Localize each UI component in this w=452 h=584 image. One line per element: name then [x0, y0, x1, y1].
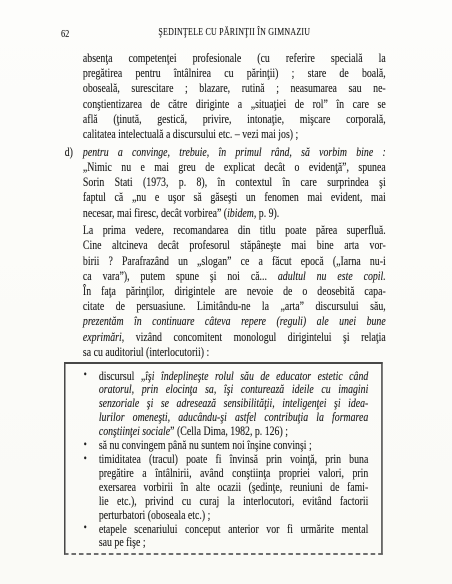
- text-segment: ca vara”), putem spune şi noi că...: [83, 268, 278, 283]
- body-text: absenţa competenţei profesionale (cu ref…: [83, 50, 386, 359]
- text-line: sa cu auditoriul (interlocutorii) :: [83, 344, 386, 359]
- italic-segment: lurilor omeneşti, aducându-şi astfel con…: [99, 409, 368, 424]
- text-line: ca vara”), putem spune şi noi că... adul…: [83, 268, 386, 283]
- text-line: „Nimic nu e mai greu de explicat decât o…: [83, 159, 386, 174]
- text-segment: pregătirea pentru întâlnirea cu părinţii…: [83, 65, 386, 80]
- page-number: 62: [61, 28, 69, 40]
- text-line: prezentăm în continuare câteva repere (r…: [83, 313, 386, 328]
- text-segment: „Nimic nu e mai greu de explicat decât o…: [83, 159, 386, 174]
- text-segment: pregătire a întâlnirii, având conştiinţa…: [99, 465, 368, 480]
- text-line: absenţa competenţei profesionale (cu ref…: [83, 50, 386, 65]
- text-segment: timiditatea (tracul) poate fi învinsă pr…: [99, 451, 368, 466]
- text-segment: , p. 9).: [254, 205, 279, 220]
- italic-segment: adultul nu este copil.: [278, 268, 386, 283]
- text-segment: conştientizarea de către diriginte a „si…: [83, 96, 386, 111]
- book-page: 62 ŞEDINŢELE CU PĂRINŢII ÎN GIMNAZIU abs…: [0, 0, 452, 584]
- text-segment: sa cu auditoriul (interlocutorii) :: [83, 344, 209, 359]
- bullet-icon: •: [84, 438, 87, 452]
- italic-segment: ibidem: [227, 205, 254, 220]
- text-line: pregătirea pentru întâlnirea cu părinţii…: [83, 65, 386, 80]
- text-line: află (ţinută, gestică, privire, intonaţi…: [83, 111, 386, 126]
- text-line: oratorul, prin elocinţa sa, îşi conturea…: [99, 382, 368, 396]
- text-segment: discursul „: [99, 368, 145, 383]
- chapter-title: ŞEDINŢELE CU PĂRINŢII ÎN GIMNAZIU: [158, 27, 310, 38]
- bullet-item: •etapele scenariului conceput anterior v…: [99, 522, 368, 550]
- italic-segment: senzoriale şi se adresează sensibilităţi…: [99, 395, 368, 410]
- bullet-icon: •: [84, 521, 87, 535]
- text-line: sau pe fişe ;: [99, 535, 368, 549]
- text-segment: faptul că „nu e uşor să găseşti un fenom…: [83, 189, 386, 204]
- page-column: 62 ŞEDINŢELE CU PĂRINŢII ÎN GIMNAZIU abs…: [64, 27, 383, 555]
- list-item-marker: d): [65, 144, 83, 159]
- text-line: etapele scenariului conceput anterior vo…: [99, 522, 368, 536]
- italic-segment: exprimări: [83, 329, 122, 344]
- text-line: necesar, mai firesc, decât vorbirea” (ib…: [83, 205, 386, 220]
- text-line: să nu convingem până nu suntem noi înşin…: [99, 438, 368, 452]
- paragraph: d)pentru a convinge, trebuie, în primul …: [83, 144, 386, 220]
- text-line: perturbatori (oboseala etc.) ;: [99, 508, 368, 522]
- text-line: lie etc.), privind cu curaj la interlocu…: [99, 494, 368, 508]
- paragraph: absenţa competenţei profesionale (cu ref…: [83, 50, 386, 141]
- text-line: discursul „îşi îndeplineşte rolul său de…: [99, 369, 368, 383]
- text-line: birii ? Parafrazând un „slogan” ce a făc…: [83, 253, 386, 268]
- italic-segment: oratorul, prin elocinţa sa, îşi conturea…: [99, 381, 368, 396]
- paragraph: La prima vedere, recomandarea din titlu …: [83, 222, 386, 359]
- text-segment: află (ţinută, gestică, privire, intonaţi…: [83, 111, 386, 126]
- italic-segment: conştiinţei sociale: [99, 423, 170, 438]
- text-line: În faţa părinţilor, dirigintele are nevo…: [83, 283, 386, 298]
- bullet-icon: •: [84, 368, 87, 382]
- running-header: 62 ŞEDINŢELE CU PĂRINŢII ÎN GIMNAZIU: [83, 27, 386, 39]
- text-segment: oboseală, surescitare ; blazare, rutină …: [83, 80, 386, 95]
- text-segment: lie etc.), privind cu curaj la interlocu…: [99, 493, 368, 508]
- text-line: timiditatea (tracul) poate fi învinsă pr…: [99, 452, 368, 466]
- text-line: Sorin Stati (1973, p. 8), în contextul î…: [83, 174, 386, 189]
- bullet-item: •să nu convingem până nu suntem noi înşi…: [99, 438, 368, 452]
- text-segment: să nu convingem până nu suntem noi înşin…: [99, 437, 312, 452]
- text-segment: La prima vedere, recomandarea din titlu …: [83, 222, 386, 237]
- text-segment: Sorin Stati (1973, p. 8), în contextul î…: [83, 174, 386, 189]
- text-line: senzoriale şi se adresează sensibilităţi…: [99, 396, 368, 410]
- text-line: exersarea vorbirii în alte ocazii (şedin…: [99, 480, 368, 494]
- text-line: exprimări, vizând concomitent monologul …: [83, 329, 386, 344]
- bullet-icon: •: [84, 452, 87, 466]
- text-line: conştiinţei sociale” (Cella Dima, 1982, …: [99, 424, 368, 438]
- text-line: conştientizarea de către diriginte a „si…: [83, 96, 386, 111]
- text-line: lurilor omeneşti, aducându-şi astfel con…: [99, 410, 368, 424]
- text-line: d)pentru a convinge, trebuie, în primul …: [83, 144, 386, 159]
- italic-segment: prezentăm în continuare câteva repere (r…: [83, 313, 386, 328]
- text-line: pregătire a întâlnirii, având conştiinţa…: [99, 466, 368, 480]
- text-line: citate de persuasiune. Limitându-ne la „…: [83, 298, 386, 313]
- italic-segment: îşi îndeplineşte rolul său de educator e…: [145, 368, 368, 383]
- text-segment: absenţa competenţei profesionale (cu ref…: [83, 50, 386, 65]
- text-segment: ” (Cella Dima, 1982, p. 126) ;: [170, 423, 288, 438]
- text-segment: sau pe fişe ;: [99, 534, 146, 549]
- text-segment: În faţa părinţilor, dirigintele are nevo…: [83, 283, 386, 298]
- text-segment: calitatea intelectuală a discursului etc…: [83, 126, 298, 141]
- text-segment: Cine altcineva decât profesorul stăpâneş…: [83, 237, 386, 252]
- bullet-item: •discursul „îşi îndeplineşte rolul său d…: [99, 369, 368, 439]
- text-segment: , vizând concomitent monologul diriginte…: [122, 329, 386, 344]
- bullet-item: •timiditatea (tracul) poate fi învinsă p…: [99, 452, 368, 522]
- text-segment: birii ? Parafrazând un „slogan” ce a făc…: [83, 253, 386, 268]
- italic-segment: pentru a convinge, trebuie, în primul râ…: [83, 144, 386, 159]
- text-segment: exersarea vorbirii în alte ocazii (şedin…: [99, 479, 368, 494]
- text-line: faptul că „nu e uşor să găseşti un fenom…: [83, 189, 386, 204]
- text-segment: necesar, mai firesc, decât vorbirea” (: [83, 205, 227, 220]
- ruled-box: •discursul „îşi îndeplineşte rolul său d…: [64, 362, 383, 556]
- text-segment: etapele scenariului conceput anterior vo…: [99, 521, 368, 536]
- text-line: oboseală, surescitare ; blazare, rutină …: [83, 80, 386, 95]
- text-line: La prima vedere, recomandarea din titlu …: [83, 222, 386, 237]
- text-segment: citate de persuasiune. Limitându-ne la „…: [83, 298, 386, 313]
- text-line: calitatea intelectuală a discursului etc…: [83, 126, 386, 141]
- text-segment: perturbatori (oboseala etc.) ;: [99, 507, 210, 522]
- text-line: Cine altcineva decât profesorul stăpâneş…: [83, 237, 386, 252]
